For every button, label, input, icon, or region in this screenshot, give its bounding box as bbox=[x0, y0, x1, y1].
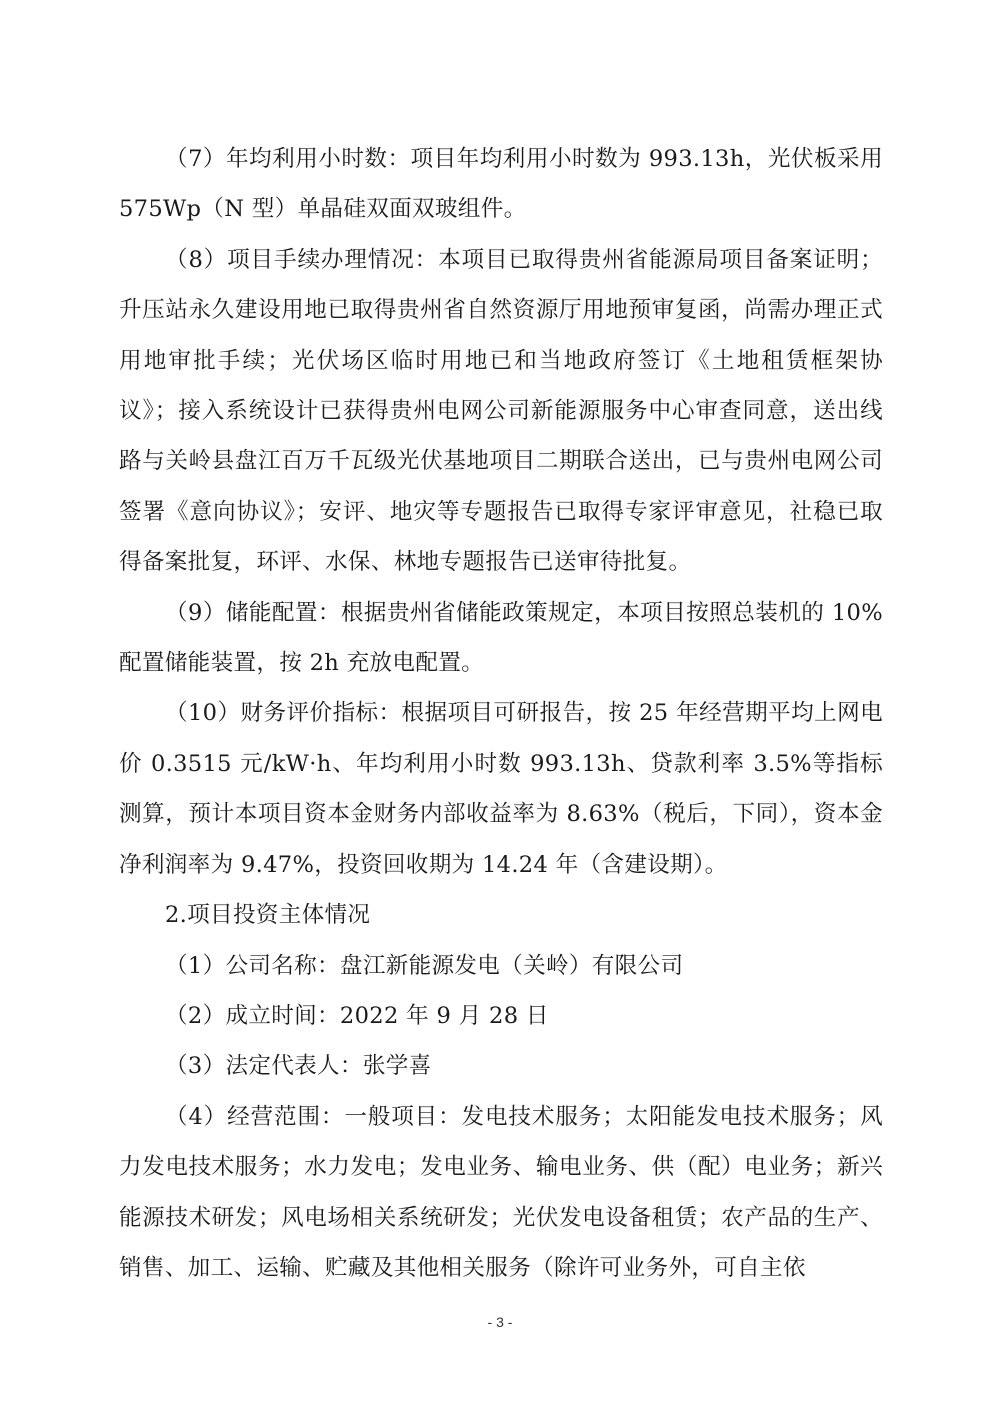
paragraph-financial-evaluation: （10）财务评价指标：根据项目可研报告，按 25 年经营期平均上网电价 0.35… bbox=[119, 688, 883, 890]
document-body: （7）年均利用小时数：项目年均利用小时数为 993.13h，光伏板采用575Wp… bbox=[119, 134, 883, 1293]
paragraph-energy-storage-configuration: （9）储能配置：根据贵州省储能政策规定，本项目按照总装机的 10%配置储能装置，… bbox=[119, 588, 883, 689]
paragraph-business-scope: （4）经营范围：一般项目：发电技术服务；太阳能发电技术服务；风力发电技术服务；水… bbox=[119, 1092, 883, 1294]
page-number: - 3 - bbox=[0, 1314, 1000, 1330]
section-heading-investment-entity: 2.项目投资主体情况 bbox=[119, 890, 883, 940]
paragraph-annual-utilization-hours: （7）年均利用小时数：项目年均利用小时数为 993.13h，光伏板采用575Wp… bbox=[119, 134, 883, 235]
paragraph-legal-representative: （3）法定代表人：张学喜 bbox=[119, 1041, 883, 1091]
paragraph-established-date: （2）成立时间：2022 年 9 月 28 日 bbox=[119, 991, 883, 1041]
document-page: （7）年均利用小时数：项目年均利用小时数为 993.13h，光伏板采用575Wp… bbox=[0, 0, 1000, 1414]
paragraph-project-procedures: （8）项目手续办理情况：本项目已取得贵州省能源局项目备案证明；升压站永久建设用地… bbox=[119, 235, 883, 588]
paragraph-company-name: （1）公司名称：盘江新能源发电（关岭）有限公司 bbox=[119, 941, 883, 991]
